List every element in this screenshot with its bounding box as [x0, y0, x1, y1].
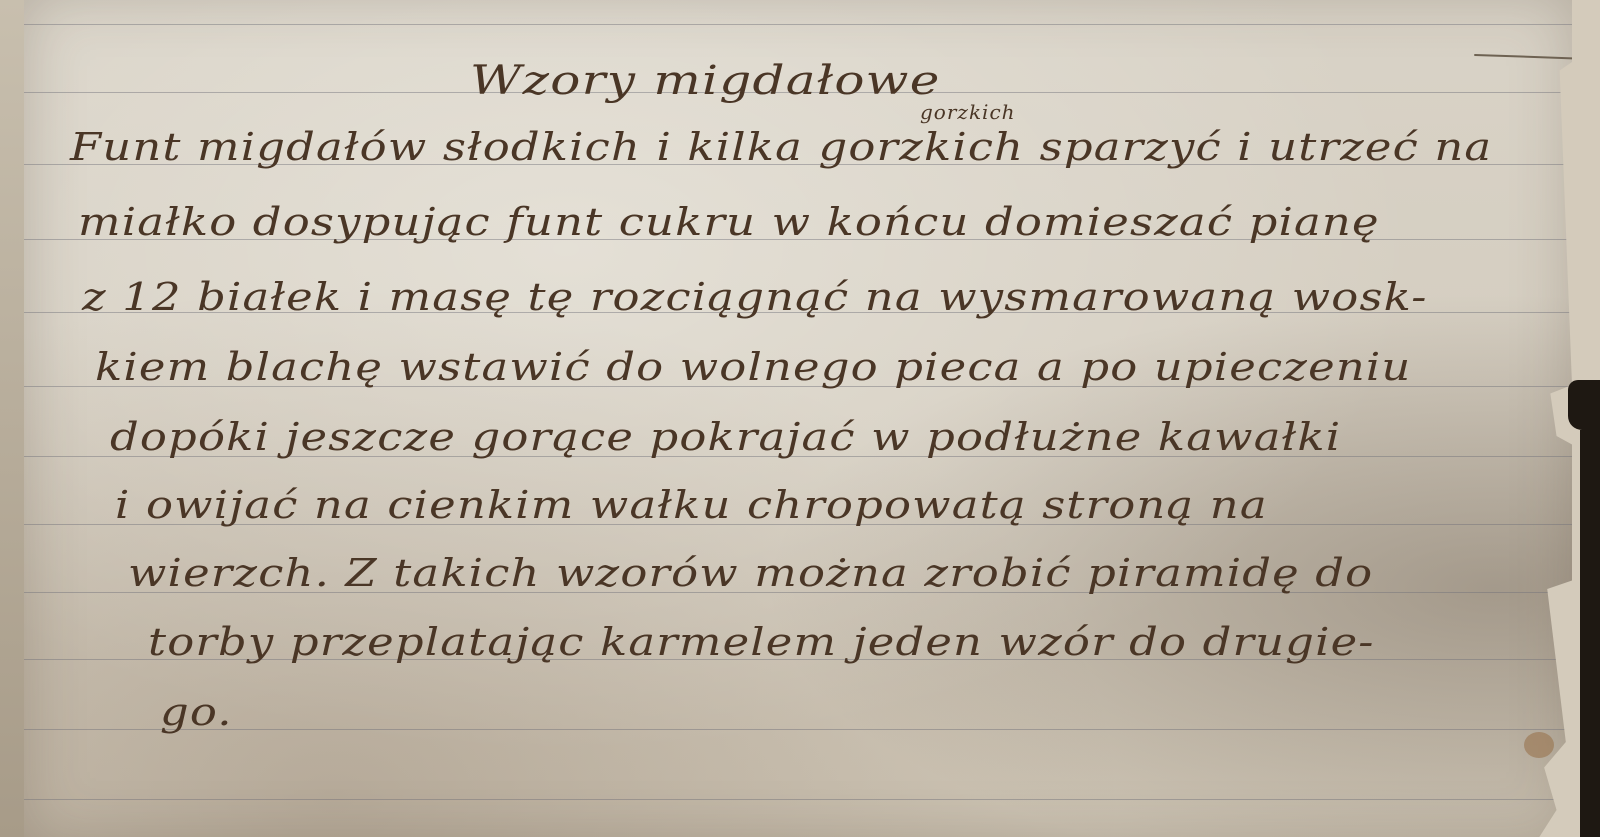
recipe-title: Wzory migdałowe — [470, 58, 941, 104]
ruled-line — [24, 24, 1572, 25]
torn-edge-shadow — [1568, 380, 1600, 430]
handwritten-line-1: Funt migdałów słodkich i kilka gorzkich … — [70, 125, 1492, 169]
handwritten-line-3: z 12 białek i masę tę rozciągnąć na wysm… — [82, 275, 1428, 319]
handwritten-line-6: i owijać na cienkim wałku chropowatą str… — [115, 483, 1268, 527]
handwritten-line-2: miałko dosypując funt cukru w końcu domi… — [78, 200, 1380, 244]
handwritten-line-5: dopóki jeszcze gorące pokrajać w podłużn… — [110, 415, 1341, 459]
ruled-line — [24, 799, 1572, 800]
handwritten-line-7: wierzch. Z takich wzorów można zrobić pi… — [128, 551, 1373, 595]
binding-shadow — [1580, 430, 1600, 837]
paper-stain — [1524, 732, 1554, 758]
ruled-line — [24, 729, 1572, 730]
paper-tear-mark — [1474, 54, 1594, 60]
handwritten-line-4: kiem blachę wstawić do wolnego pieca a p… — [95, 345, 1411, 389]
inserted-word-annotation: gorzkich — [920, 100, 1016, 124]
handwritten-line-9: go. — [160, 690, 233, 734]
handwritten-line-8: torby przeplatając karmelem jeden wzór d… — [148, 620, 1375, 664]
photo-scene: Wzory migdałowe gorzkich Funt migdałów s… — [0, 0, 1600, 837]
